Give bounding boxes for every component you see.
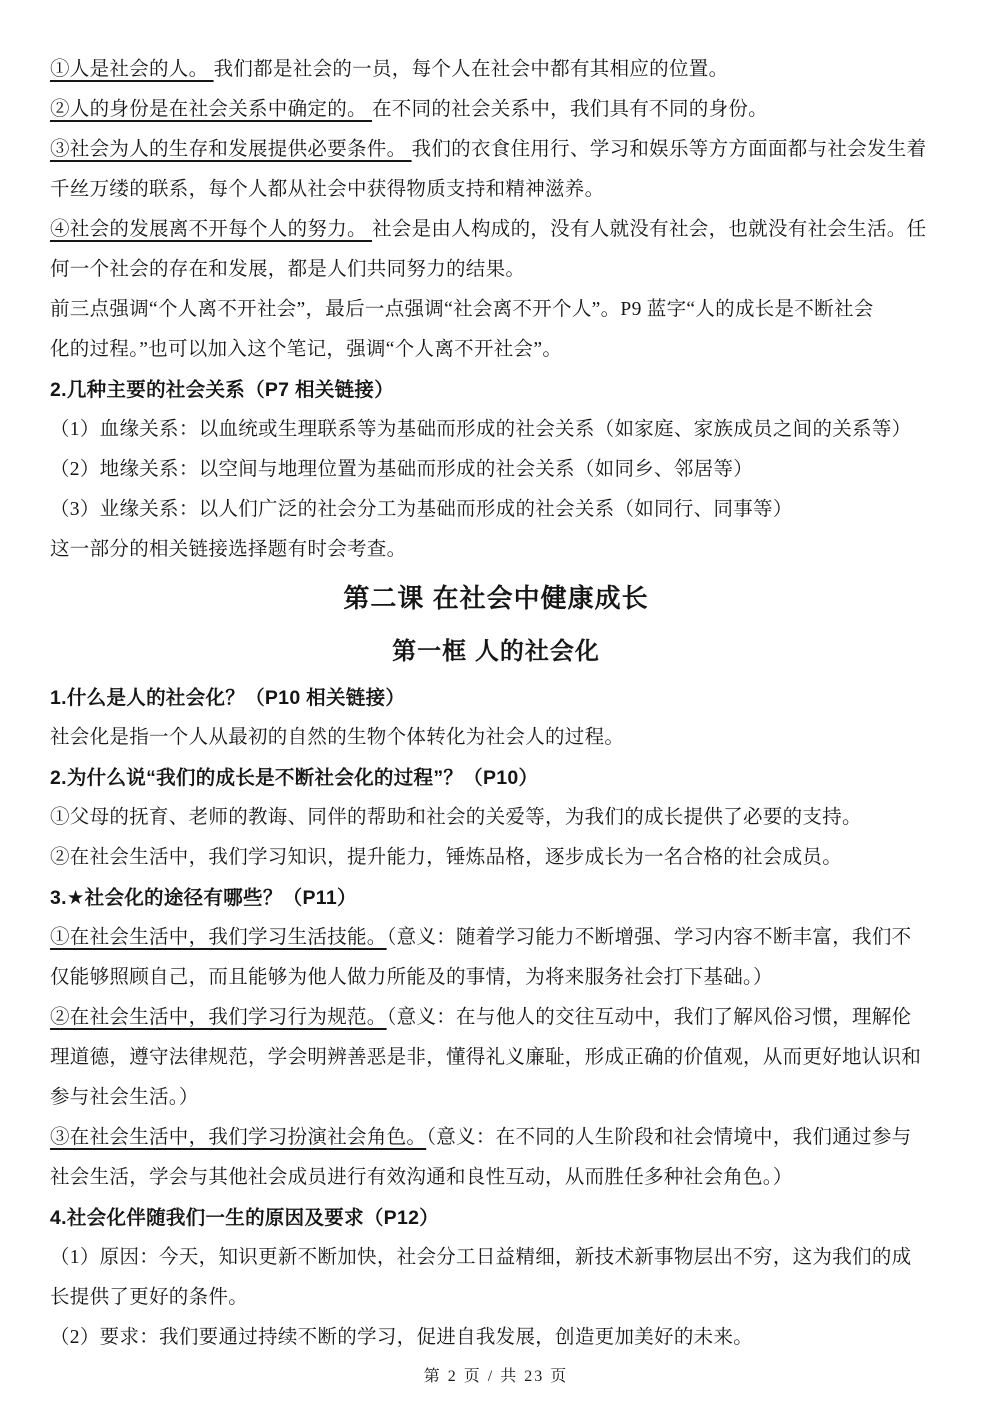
text-line: 社会化是指一个人从最初的自然的生物个体转化为社会人的过程。 <box>50 718 942 758</box>
text-segment: 前三点强调“个人离不开社会”，最后一点强调“社会离不开个人”。P9 蓝字“人的成… <box>50 299 874 320</box>
text-segment: ②在社会生活中，我们学习知识，提升能力，锤炼品格，逐步成长为一名合格的社会成员。 <box>50 847 842 868</box>
heading-line: 2.为什么说“我们的成长是不断社会化的过程”？（P10） <box>50 758 942 798</box>
underlined-text: ①在社会生活中，我们学习生活技能。 <box>50 927 387 948</box>
text-line: 化的过程。”也可以加入这个笔记，强调“个人离不开社会”。 <box>50 330 942 370</box>
text-segment: 长提供了更好的条件。 <box>50 1287 248 1308</box>
text-segment: （1）血缘关系：以血统或生理联系等为基础而形成的社会关系（如家庭、家族成员之间的… <box>50 419 911 440</box>
text-line: 这一部分的相关链接选择题有时会考查。 <box>50 530 942 570</box>
text-segment: 社会生活，学会与其他社会成员进行有效沟通和良性互动，从而胜任多种社会角色。） <box>50 1167 793 1188</box>
text-segment: （1）原因：今天，知识更新不断加快，社会分工日益精细，新技术新事物层出不穷，这为… <box>50 1247 911 1268</box>
text-segment: 2.为什么说“我们的成长是不断社会化的过程”？（P10） <box>50 767 538 789</box>
page-number: 第 2 页 / 共 23 页 <box>424 1368 568 1385</box>
text-line: （3）业缘关系：以人们广泛的社会分工为基础而形成的社会关系（如同行、同事等） <box>50 490 942 530</box>
text-segment: 在不同的社会关系中，我们具有不同的身份。 <box>372 99 768 120</box>
course-title: 第二课 在社会中健康成长 <box>50 570 942 626</box>
underlined-text: ②人的身份是在社会关系中确定的。 <box>50 99 372 120</box>
section-title: 第一框 人的社会化 <box>50 626 942 678</box>
heading-line: 4.社会化伴随我们一生的原因及要求（P12） <box>50 1198 942 1238</box>
text-line: 千丝万缕的联系，每个人都从社会中获得物质支持和精神滋养。 <box>50 170 942 210</box>
text-segment: 化的过程。”也可以加入这个笔记，强调“个人离不开社会”。 <box>50 339 562 360</box>
text-line: 仅能够照顾自己，而且能够为他人做力所能及的事情，为将来服务社会打下基础。） <box>50 958 942 998</box>
text-segment: （2）要求：我们要通过持续不断的学习，促进自我发展，创造更加美好的未来。 <box>50 1327 753 1348</box>
heading-line: 3.★社会化的途径有哪些？（P11） <box>50 878 942 918</box>
heading-line: 1.什么是人的社会化？（P10 相关链接） <box>50 678 942 718</box>
text-line: （2）地缘关系：以空间与地理位置为基础而形成的社会关系（如同乡、邻居等） <box>50 450 942 490</box>
underlined-text: ③社会为人的生存和发展提供必要条件。 <box>50 139 412 160</box>
text-segment: （意义：在不同的人生阶段和社会情境中，我们通过参与 <box>426 1127 911 1148</box>
underlined-text: ③在社会生活中，我们学习扮演社会角色。 <box>50 1127 426 1148</box>
page-footer: 第 2 页 / 共 23 页 <box>50 1360 942 1394</box>
text-segment: （3）业缘关系：以人们广泛的社会分工为基础而形成的社会关系（如同行、同事等） <box>50 499 793 520</box>
text-line: ①父母的抚育、老师的教诲、同伴的帮助和社会的关爱等，为我们的成长提供了必要的支持… <box>50 798 942 838</box>
text-segment: ①父母的抚育、老师的教诲、同伴的帮助和社会的关爱等，为我们的成长提供了必要的支持… <box>50 807 862 828</box>
underlined-text: ②在社会生活中，我们学习行为规范。 <box>50 1007 387 1028</box>
text-segment: 2.几种主要的社会关系（P7 相关链接） <box>50 379 394 401</box>
text-line: 社会生活，学会与其他社会成员进行有效沟通和良性互动，从而胜任多种社会角色。） <box>50 1158 942 1198</box>
heading-line: 2.几种主要的社会关系（P7 相关链接） <box>50 370 942 410</box>
text-segment: 理道德，遵守法律规范，学会明辨善恶是非，懂得礼义廉耻，形成正确的价值观，从而更好… <box>50 1047 921 1068</box>
underlined-text: ④社会的发展离不开每个人的努力。 <box>50 219 372 240</box>
text-segment: 4.社会化伴随我们一生的原因及要求（P12） <box>50 1207 439 1229</box>
text-segment: 参与社会生活。） <box>50 1087 199 1108</box>
text-segment: 社会是由人构成的，没有人就没有社会，也就没有社会生活。任 <box>372 219 926 240</box>
text-line: ③社会为人的生存和发展提供必要条件。 我们的衣食住用行、学习和娱乐等方方面面都与… <box>50 130 942 170</box>
text-line: 理道德，遵守法律规范，学会明辨善恶是非，懂得礼义廉耻，形成正确的价值观，从而更好… <box>50 1038 942 1078</box>
text-line: 前三点强调“个人离不开社会”，最后一点强调“社会离不开个人”。P9 蓝字“人的成… <box>50 290 942 330</box>
text-segment: （意义：随着学习能力不断增强、学习内容不断丰富，我们不 <box>387 927 912 948</box>
text-line: ④社会的发展离不开每个人的努力。 社会是由人构成的，没有人就没有社会，也就没有社… <box>50 210 942 250</box>
text-segment: 千丝万缕的联系，每个人都从社会中获得物质支持和精神滋养。 <box>50 179 604 200</box>
text-segment: 我们都是社会的一员，每个人在社会中都有其相应的位置。 <box>214 59 729 80</box>
document-page: ①人是社会的人。 我们都是社会的一员，每个人在社会中都有其相应的位置。②人的身份… <box>0 0 992 1403</box>
text-line: ②人的身份是在社会关系中确定的。 在不同的社会关系中，我们具有不同的身份。 <box>50 90 942 130</box>
text-segment: 仅能够照顾自己，而且能够为他人做力所能及的事情，为将来服务社会打下基础。） <box>50 967 773 988</box>
text-segment: （意义：在与他人的交往互动中，我们了解风俗习惯，理解伦 <box>387 1007 912 1028</box>
text-line: ②在社会生活中，我们学习行为规范。（意义：在与他人的交往互动中，我们了解风俗习惯… <box>50 998 942 1038</box>
text-segment: （2）地缘关系：以空间与地理位置为基础而形成的社会关系（如同乡、邻居等） <box>50 459 753 480</box>
text-line: ①人是社会的人。 我们都是社会的一员，每个人在社会中都有其相应的位置。 <box>50 50 942 90</box>
underlined-text: ①人是社会的人。 <box>50 59 214 80</box>
text-line: 参与社会生活。） <box>50 1078 942 1118</box>
document-body: ①人是社会的人。 我们都是社会的一员，每个人在社会中都有其相应的位置。②人的身份… <box>50 50 942 1358</box>
text-segment: 第一框 人的社会化 <box>392 638 600 665</box>
text-line: ②在社会生活中，我们学习知识，提升能力，锤炼品格，逐步成长为一名合格的社会成员。 <box>50 838 942 878</box>
text-segment: 何一个社会的存在和发展，都是人们共同努力的结果。 <box>50 259 525 280</box>
text-line: （2）要求：我们要通过持续不断的学习，促进自我发展，创造更加美好的未来。 <box>50 1318 942 1358</box>
text-segment: 1.什么是人的社会化？（P10 相关链接） <box>50 687 405 709</box>
text-line: 长提供了更好的条件。 <box>50 1278 942 1318</box>
text-line: （1）原因：今天，知识更新不断加快，社会分工日益精细，新技术新事物层出不穷，这为… <box>50 1238 942 1278</box>
text-line: ①在社会生活中，我们学习生活技能。（意义：随着学习能力不断增强、学习内容不断丰富… <box>50 918 942 958</box>
text-segment: 第二课 在社会中健康成长 <box>343 583 648 613</box>
text-line: ③在社会生活中，我们学习扮演社会角色。（意义：在不同的人生阶段和社会情境中，我们… <box>50 1118 942 1158</box>
text-segment: 这一部分的相关链接选择题有时会考查。 <box>50 539 406 560</box>
text-segment: 社会化是指一个人从最初的自然的生物个体转化为社会人的过程。 <box>50 727 624 748</box>
text-line: （1）血缘关系：以血统或生理联系等为基础而形成的社会关系（如家庭、家族成员之间的… <box>50 410 942 450</box>
text-segment: 3.★社会化的途径有哪些？（P11） <box>50 887 357 909</box>
text-segment: 我们的衣食住用行、学习和娱乐等方方面面都与社会发生着 <box>412 139 927 160</box>
text-line: 何一个社会的存在和发展，都是人们共同努力的结果。 <box>50 250 942 290</box>
